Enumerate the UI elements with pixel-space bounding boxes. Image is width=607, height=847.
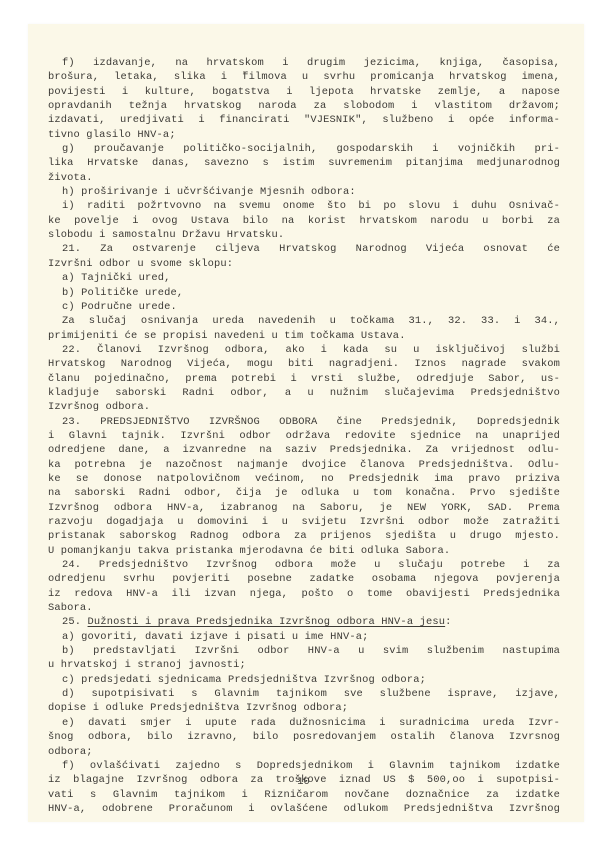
- text-line: U pomanjkanju takva pristanka mjerodavna…: [48, 544, 560, 558]
- text-line: 25. Dužnosti i prava Predsjednika Izvršn…: [48, 615, 560, 629]
- underlined-heading: Dužnosti i prava Predsjednika Izvršnog o…: [88, 616, 446, 628]
- text-line: Sabora.: [48, 601, 560, 615]
- text-line: kladjuje saborski Radni odbor, a u nužni…: [48, 386, 560, 400]
- text-line: razvoju dogadjaja u domovini i u svijetu…: [48, 515, 560, 529]
- text-line: dopise i odluke Predsjedništva Izvršnog …: [48, 701, 560, 715]
- text-line: povijesti i kulture, bogatstva i ljepota…: [48, 85, 560, 99]
- text-line: e) davati smjer i upute rada dužnosnicim…: [48, 716, 560, 730]
- text-line: a) Tajnički ured,: [48, 271, 560, 285]
- text-line: odredjene dane, a izvanredne na saziv Pr…: [48, 443, 560, 457]
- text-line: Hrvatskog Narodnog Vijeća, mogu biti nag…: [48, 357, 560, 371]
- text-line: 22. Članovi Izvršnog odbora, ako i kada …: [48, 343, 560, 357]
- text-line: na saborski Radni odbor, čija je odluka …: [48, 486, 560, 500]
- text-line: h) proširivanje i učvršćivanje Mjesnih o…: [48, 185, 560, 199]
- text-line: šnog odbora, bilo izravno, bilo posredov…: [48, 730, 560, 744]
- text-line: 21. Za ostvarenje ciljeva Hrvatskog Naro…: [48, 242, 560, 256]
- text-line: članu pojedinačno, prema potrebi i vrsti…: [48, 372, 560, 386]
- text-line: f) ovlašćivati zajedno s Dopredsjednikom…: [48, 759, 560, 773]
- text-line: g) proučavanje političko-socijalnih, gos…: [48, 142, 560, 156]
- page-number: 10: [0, 776, 607, 788]
- text-line: b) Političke urede,: [48, 286, 560, 300]
- text-line: HNV-a, odobrene Proračunom i ovlašćene o…: [48, 802, 560, 816]
- text-line: b) predstavljati Izvršni odbor HNV-a u s…: [48, 644, 560, 658]
- text-line: pristanak saborskog Radnog odbora za pri…: [48, 529, 560, 543]
- text-line: a) govoriti, davati izjave i pisati u im…: [48, 630, 560, 644]
- text-line: vati s Glavnim tajnikom i Rizničarom nov…: [48, 788, 560, 802]
- text-line: odredjenu svrhu povjeriti posebne zadatk…: [48, 572, 560, 586]
- text-line: 24. Predsjedništvo Izvršnog odbora može …: [48, 558, 560, 572]
- text-line: lika Hrvatske danas, savezno s istim suv…: [48, 156, 560, 170]
- text-line: d) supotpisivati s Glavnim tajnikom sve …: [48, 687, 560, 701]
- text-line: odbora;: [48, 745, 560, 759]
- text-line: Izvršni odbor u svome sklopu:: [48, 257, 560, 271]
- text-line: primijeniti će se propisi navedeni u tim…: [48, 329, 560, 343]
- text-line: iz redova HNV-a ili izvan njega, pošto o…: [48, 587, 560, 601]
- document-body: f) izdavanje, na hrvatskom i drugim jezi…: [48, 56, 560, 816]
- text-line: ke se donose natpolovičnom većinom, no P…: [48, 472, 560, 486]
- text-line: Za slučaj osnivanja ureda navedenih u to…: [48, 314, 560, 328]
- text-line: tivno glasilo HNV-a;: [48, 128, 560, 142]
- text-line: ka potrebna je nazočnost najmanje dvojic…: [48, 458, 560, 472]
- text-line: Izvršnog odbora.: [48, 400, 560, 414]
- text-line: u hrvatskoj i stranoj javnosti;: [48, 658, 560, 672]
- text-line: brošura, letaka, slika i filmova u svrhu…: [48, 70, 560, 84]
- text-line: c) Područne urede.: [48, 300, 560, 314]
- text-line: i) raditi požrtvovno na svemu onome što …: [48, 199, 560, 213]
- text-line: f) izdavanje, na hrvatskom i drugim jezi…: [48, 56, 560, 70]
- text-line: opravdanih težnja hrvatskog naroda za sl…: [48, 99, 560, 113]
- text-line: života.: [48, 171, 560, 185]
- text-line: i Glavni tajnik. Izvršni odbor održava r…: [48, 429, 560, 443]
- text-line: slobodu i samostalnu Državu Hrvatsku.: [48, 228, 560, 242]
- text-line: 23. PREDSJEDNIŠTVO IZVRŠNOG ODBORA čine …: [48, 415, 560, 429]
- text-line: ke povelje i ovog Ustava bilo na korist …: [48, 214, 560, 228]
- text-line: c) predsjedati sjednicama Predsjedništva…: [48, 673, 560, 687]
- text-line: izdavati, uredjivati i financirati "VJES…: [48, 113, 560, 127]
- text-line: Izvršnog odbora HNV-a, izabranog na Sabo…: [48, 501, 560, 515]
